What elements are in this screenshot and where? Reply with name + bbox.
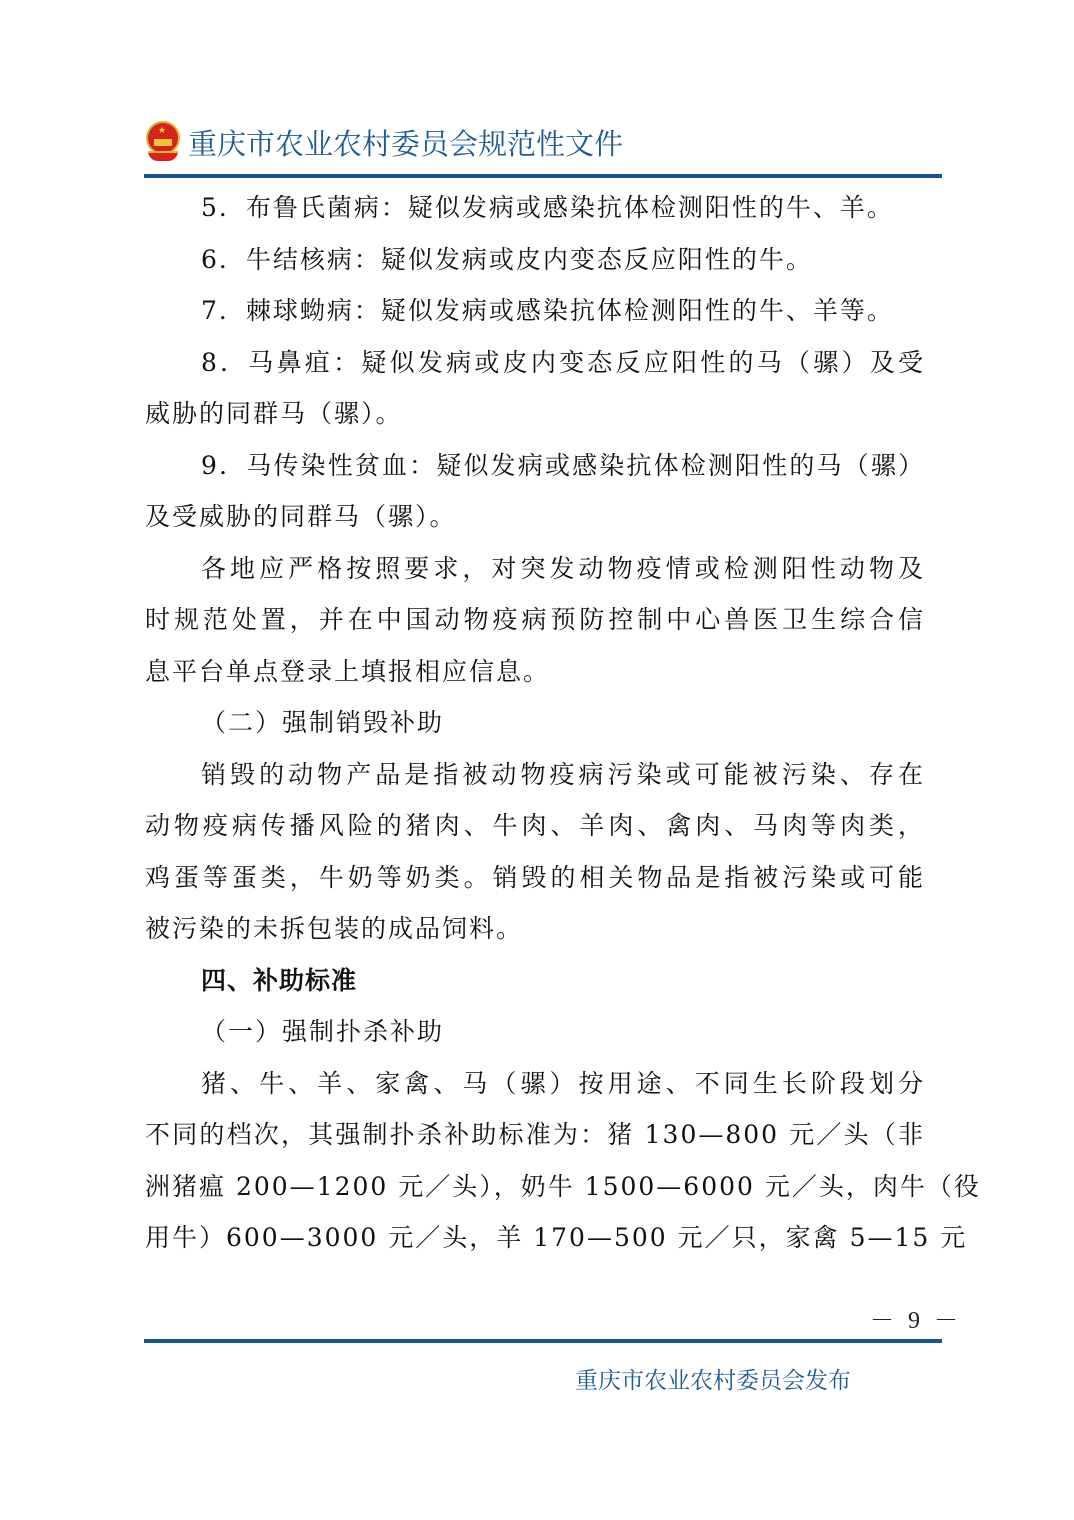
- footer-publisher: 重庆市农业农村委员会发布: [575, 1362, 851, 1395]
- text-line: 动物疫病传播风险的猪肉、牛肉、羊肉、禽肉、马肉等肉类，: [145, 800, 925, 852]
- text-line: 威胁的同群马（骡）。: [145, 388, 925, 440]
- text-line: 猪、牛、羊、家禽、马（骡）按用途、不同生长阶段划分: [145, 1058, 925, 1110]
- subsection-heading: （二）强制销毁补助: [145, 697, 925, 749]
- text-line: 时规范处置，并在中国动物疫病预防控制中心兽医卫生综合信: [145, 594, 925, 646]
- text-line: 7．棘球蚴病：疑似发病或感染抗体检测阳性的牛、羊等。: [145, 285, 925, 337]
- text-line: 鸡蛋等蛋类，牛奶等奶类。销毁的相关物品是指被污染或可能: [145, 852, 925, 904]
- text-line: 5．布鲁氏菌病：疑似发病或感染抗体检测阳性的牛、羊。: [145, 182, 925, 234]
- section-heading: 四、补助标准: [145, 955, 925, 1007]
- text-line: 9．马传染性贫血：疑似发病或感染抗体检测阳性的马（骡）: [145, 440, 925, 492]
- text-line: 息平台单点登录上填报相应信息。: [145, 646, 925, 698]
- text-line: 不同的档次，其强制扑杀补助标准为：猪 130—800 元／头（非: [145, 1109, 925, 1161]
- document-body: 5．布鲁氏菌病：疑似发病或感染抗体检测阳性的牛、羊。6．牛结核病：疑似发病或皮内…: [145, 182, 925, 1264]
- header-divider: [144, 174, 942, 178]
- text-line: 及受威胁的同群马（骡）。: [145, 491, 925, 543]
- header-title: 重庆市农业农村委员会规范性文件: [188, 122, 623, 163]
- national-emblem-icon: ★: [144, 121, 182, 163]
- text-line: 各地应严格按照要求，对突发动物疫情或检测阳性动物及: [145, 543, 925, 595]
- text-line: 6．牛结核病：疑似发病或皮内变态反应阳性的牛。: [145, 234, 925, 286]
- text-line: 销毁的动物产品是指被动物疫病污染或可能被污染、存在: [145, 749, 925, 801]
- text-line: 被污染的未拆包装的成品饲料。: [145, 903, 925, 955]
- page-number: － 9 －: [870, 1300, 962, 1335]
- text-line: 洲猪瘟 200—1200 元／头），奶牛 1500—6000 元／头，肉牛（役: [145, 1161, 925, 1213]
- footer-divider: [144, 1339, 942, 1343]
- text-line: 用牛）600—3000 元／头，羊 170—500 元／只，家禽 5—15 元: [145, 1212, 925, 1264]
- document-header: ★ 重庆市农业农村委员会规范性文件: [144, 118, 623, 166]
- text-line: 8．马鼻疽：疑似发病或皮内变态反应阳性的马（骡）及受: [145, 337, 925, 389]
- subsection-heading: （一）强制扑杀补助: [145, 1006, 925, 1058]
